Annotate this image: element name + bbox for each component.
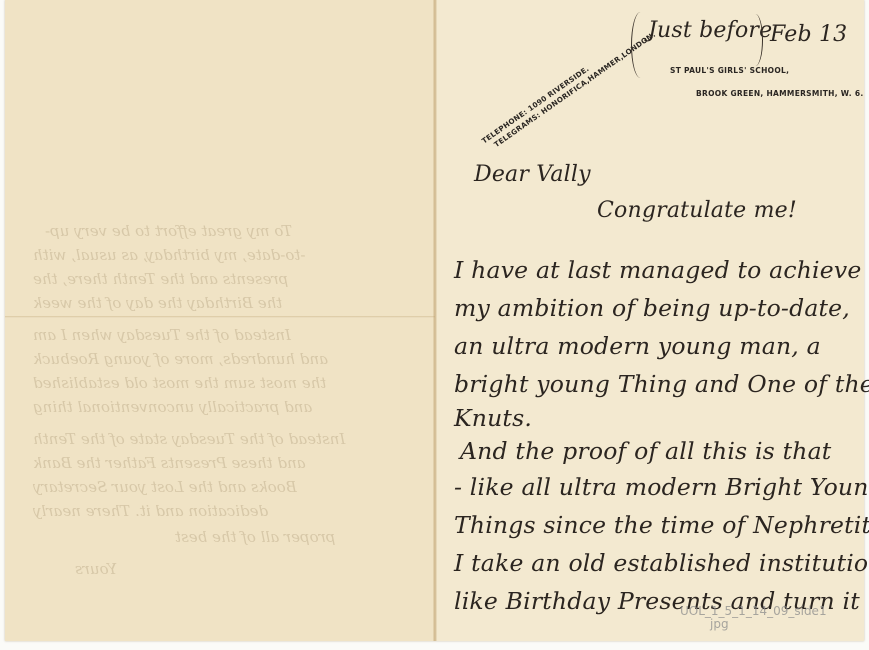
body-line: Knuts. bbox=[454, 404, 532, 432]
watermark-extension: jpg bbox=[710, 618, 827, 631]
center-fold bbox=[433, 0, 437, 641]
bleed-through-line: and these Presents Father the Bank bbox=[33, 454, 306, 472]
body-line: And the proof of all this is that bbox=[460, 437, 831, 465]
bleed-through-line: and practically unconventional thing bbox=[33, 398, 312, 416]
body-line: an ultra modern young man, a bbox=[454, 332, 821, 360]
horizontal-crease bbox=[5, 316, 435, 318]
file-watermark: UOL_1_5_1_14_09_side1 jpg bbox=[680, 605, 827, 631]
bleed-through-line: Instead of the Tuesday when I am bbox=[33, 326, 291, 344]
close-parenthesis bbox=[748, 14, 763, 66]
watermark-filename: UOL_1_5_1_14_09_side1 bbox=[680, 605, 827, 618]
body-line: my ambition of being up-to-date, bbox=[454, 294, 850, 322]
left-page: To my great effort to be very up- -to-da… bbox=[5, 0, 435, 641]
bleed-through-line: Instead of the Tuesday state of the Tent… bbox=[33, 430, 345, 448]
letterhead-address: BROOK GREEN, HAMMERSMITH, W. 6. bbox=[696, 89, 864, 98]
bleed-through-line: Yours bbox=[75, 560, 117, 578]
body-line: Things since the time of Nephretiti - bbox=[454, 511, 869, 539]
bleed-through-line: the most sum the most old established bbox=[33, 374, 326, 392]
bleed-through-line: Books and the Lost your Secretary bbox=[33, 478, 297, 496]
body-line: - like all ultra modern Bright Young bbox=[454, 473, 869, 501]
exclamation: Congratulate me! bbox=[597, 198, 797, 223]
bleed-through-line: the Birthday the day of the week bbox=[33, 294, 282, 312]
body-line: I take an old established institution bbox=[454, 549, 869, 577]
bleed-through-line: presents and the Tenth there, the bbox=[33, 270, 288, 288]
bleed-through-line: and hundreds, more of young Roebuck bbox=[33, 350, 328, 368]
letterhead-school: ST PAUL'S GIRLS' SCHOOL, bbox=[670, 66, 789, 75]
bleed-through-line: To my great effort to be very up- bbox=[45, 222, 292, 240]
bleed-through-line: dedication and it. There nearly bbox=[33, 502, 268, 520]
greeting: Dear Vally bbox=[474, 162, 591, 187]
body-line: bright young Thing and One of the bbox=[454, 370, 869, 398]
letter-date: Feb 13 bbox=[770, 22, 847, 47]
bleed-through-line: proper all of the best bbox=[175, 528, 335, 546]
bleed-through-line: -to-date, my birthday, as usual, with bbox=[33, 246, 306, 264]
body-line: I have at last managed to achieve bbox=[454, 256, 861, 284]
